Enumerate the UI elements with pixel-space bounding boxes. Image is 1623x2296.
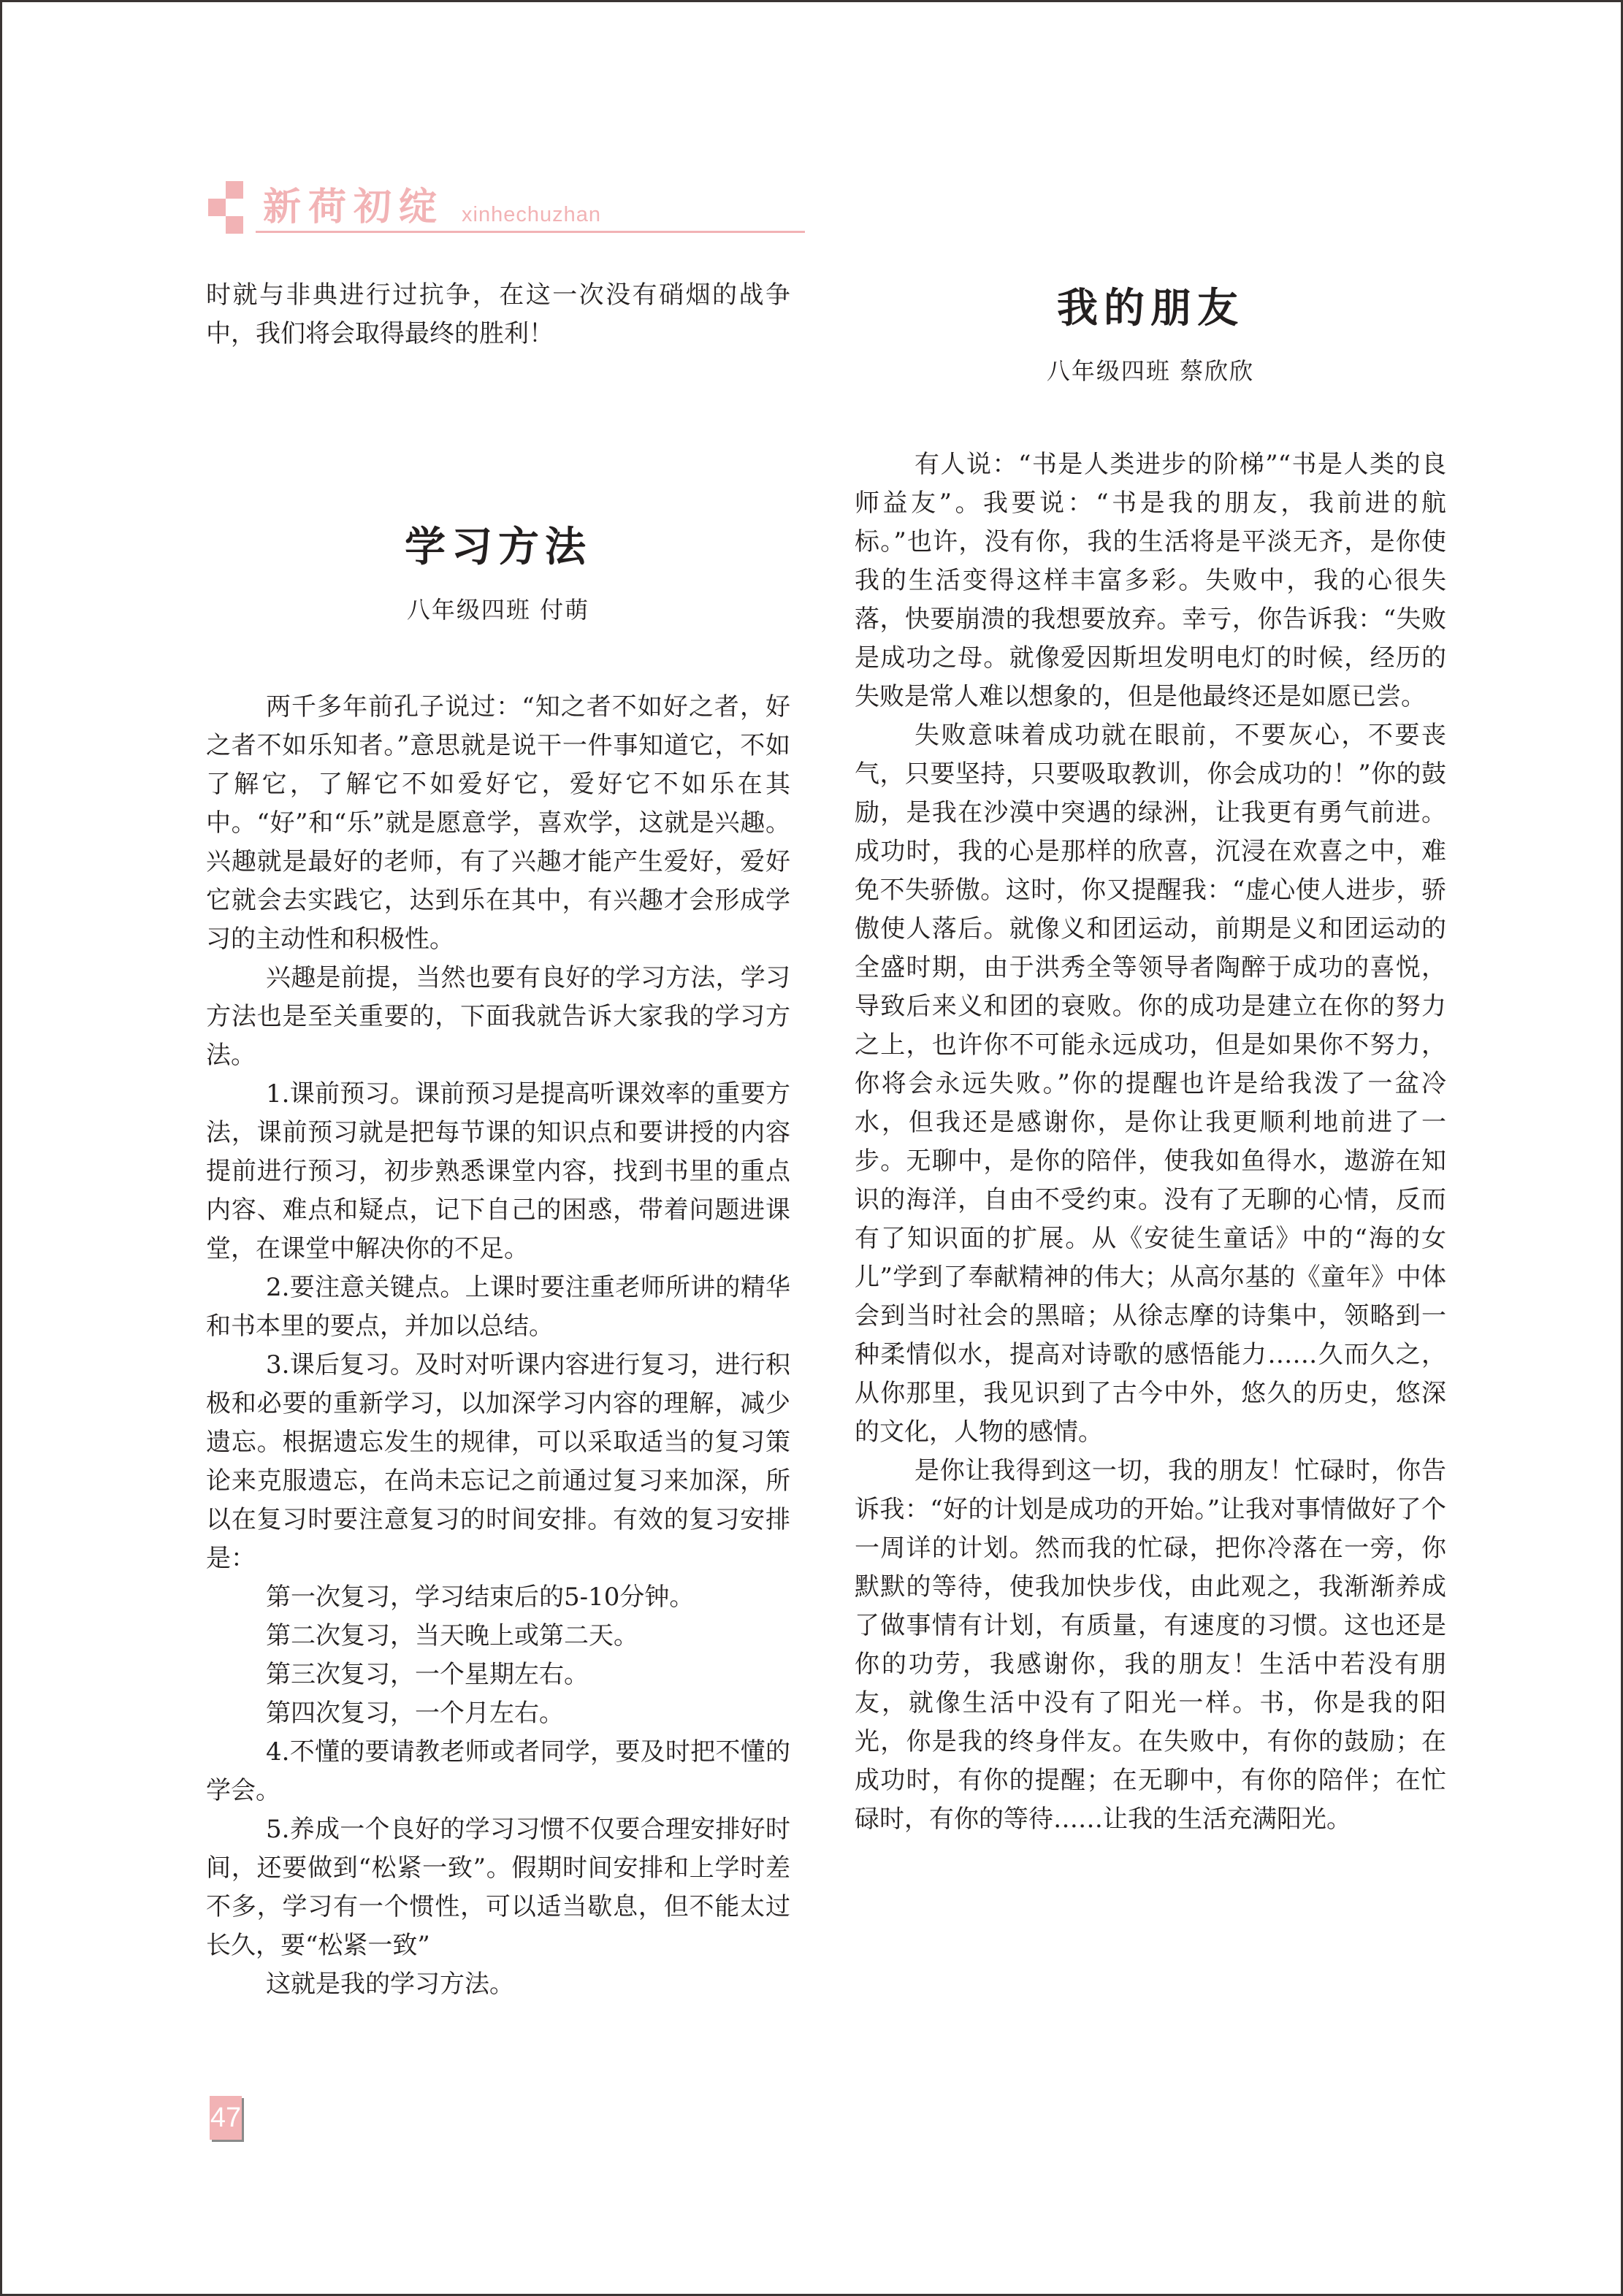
paragraph: 兴趣是前提，当然也要有良好的学习方法，学习方法也是至关重要的，下面我就告诉大家我… — [206, 959, 790, 1075]
paragraph: 2.要注意关键点。上课时要注重老师所讲的精华和书本里的要点，并加以总结。 — [206, 1268, 790, 1346]
section-pinyin: xinhechuzhan — [462, 203, 601, 227]
article-title-my-friend: 我的朋友 — [855, 276, 1446, 334]
decorative-square-icon — [226, 216, 243, 234]
paragraph: 这就是我的学习方法。 — [206, 1965, 790, 2004]
review-schedule-item: 第四次复习，一个月左右。 — [206, 1694, 790, 1733]
page-number: 47 — [210, 2096, 242, 2140]
paragraph: 有人说：“书是人类进步的阶梯”“书是人类的良师益友”。我要说：“书是我的朋友，我… — [855, 445, 1446, 716]
article-body-study-methods: 两千多年前孔子说过：“知之者不如好之者，好之者不如乐知者。”意思就是说干一件事知… — [206, 688, 790, 2004]
paragraph: 3.课后复习。及时对听课内容进行复习，进行积极和必要的重新学习，以加深学习内容的… — [206, 1346, 790, 1578]
paragraph: 两千多年前孔子说过：“知之者不如好之者，好之者不如乐知者。”意思就是说干一件事知… — [206, 688, 790, 959]
section-title: 新荷初绽 — [263, 185, 444, 229]
decorative-square-icon — [226, 181, 243, 199]
article-title-study-methods: 学习方法 — [206, 515, 790, 573]
article-byline-my-friend: 八年级四班 蔡欣欣 — [855, 353, 1446, 386]
decorative-square-icon — [208, 199, 226, 216]
review-schedule-item: 第二次复习，当天晚上或第二天。 — [206, 1617, 790, 1656]
paragraph: 失败意味着成功就在眼前，不要灰心，不要丧气，只要坚持，只要吸取教训，你会成功的！… — [855, 716, 1446, 1452]
article-body-my-friend: 有人说：“书是人类进步的阶梯”“书是人类的良师益友”。我要说：“书是我的朋友，我… — [855, 445, 1446, 1839]
paragraph: 1.课前预习。课前预习是提高听课效率的重要方法，课前预习就是把每节课的知识点和要… — [206, 1075, 790, 1268]
review-schedule-item: 第一次复习，学习结束后的5-10分钟。 — [206, 1578, 790, 1617]
previous-article-continuation: 时就与非典进行过抗争，在这一次没有硝烟的战争中，我们将会取得最终的胜利！ — [206, 276, 790, 353]
review-schedule-item: 第三次复习，一个星期左右。 — [206, 1656, 790, 1694]
paragraph: 是你让我得到这一切，我的朋友！忙碌时，你告诉我：“好的计划是成功的开始。”让我对… — [855, 1452, 1446, 1839]
article-byline-study-methods: 八年级四班 付萌 — [206, 592, 790, 625]
header-divider — [256, 231, 805, 233]
continuation-paragraph: 时就与非典进行过抗争，在这一次没有硝烟的战争中，我们将会取得最终的胜利！ — [206, 276, 790, 353]
paragraph: 4.不懂的要请教老师或者同学，要及时把不懂的学会。 — [206, 1733, 790, 1810]
paragraph: 5.养成一个良好的学习习惯不仅要合理安排好时间，还要做到“松紧一致”。假期时间安… — [206, 1810, 790, 1965]
section-header: 新荷初绽 xinhechuzhan — [206, 181, 805, 236]
